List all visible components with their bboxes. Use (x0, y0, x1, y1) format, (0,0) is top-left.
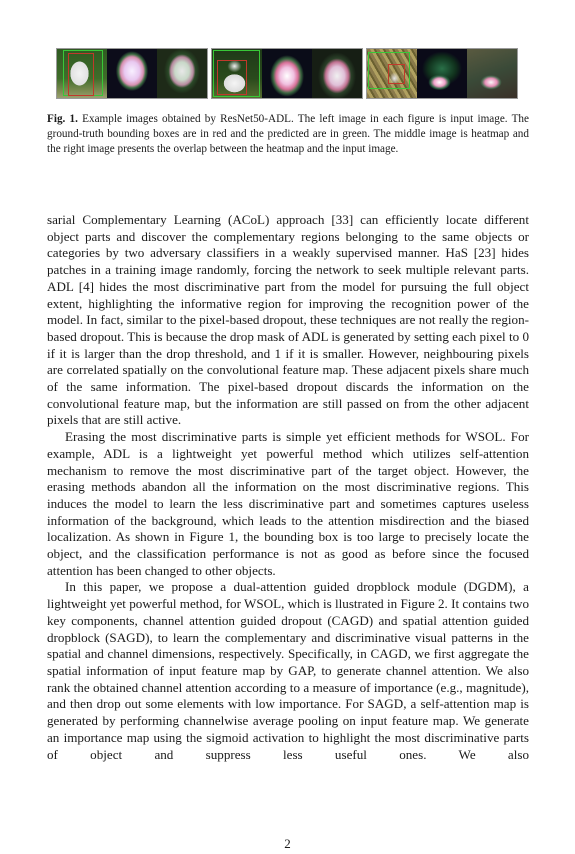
overlap-image-2 (312, 49, 362, 98)
caption-label: Fig. 1. (47, 113, 78, 125)
figure-1-images (56, 48, 519, 99)
input-image-2 (212, 49, 262, 98)
figure-group-3 (366, 48, 518, 99)
figure-caption: Fig. 1. Example images obtained by ResNe… (47, 112, 529, 156)
heatmap-1 (107, 49, 157, 98)
heatmap-2 (262, 49, 312, 98)
overlap-image-3 (467, 49, 517, 98)
ground-truth-bounding-box (217, 60, 247, 95)
paragraph-3: In this paper, we propose a dual-attenti… (47, 579, 529, 763)
overlap-image-1 (157, 49, 207, 98)
input-image-3 (367, 49, 417, 98)
caption-text: Example images obtained by ResNet50-ADL.… (47, 113, 529, 155)
paragraph-1: sarial Complementary Learning (ACoL) app… (47, 212, 529, 429)
figure-group-1 (56, 48, 208, 99)
figure-group-2 (211, 48, 363, 99)
paragraph-2: Erasing the most discriminative parts is… (47, 429, 529, 579)
ground-truth-bounding-box (388, 64, 405, 84)
heatmap-3 (417, 49, 467, 98)
page-number: 2 (0, 836, 575, 852)
input-image-1 (57, 49, 107, 98)
body-text: sarial Complementary Learning (ACoL) app… (47, 212, 529, 763)
ground-truth-bounding-box (68, 53, 94, 96)
